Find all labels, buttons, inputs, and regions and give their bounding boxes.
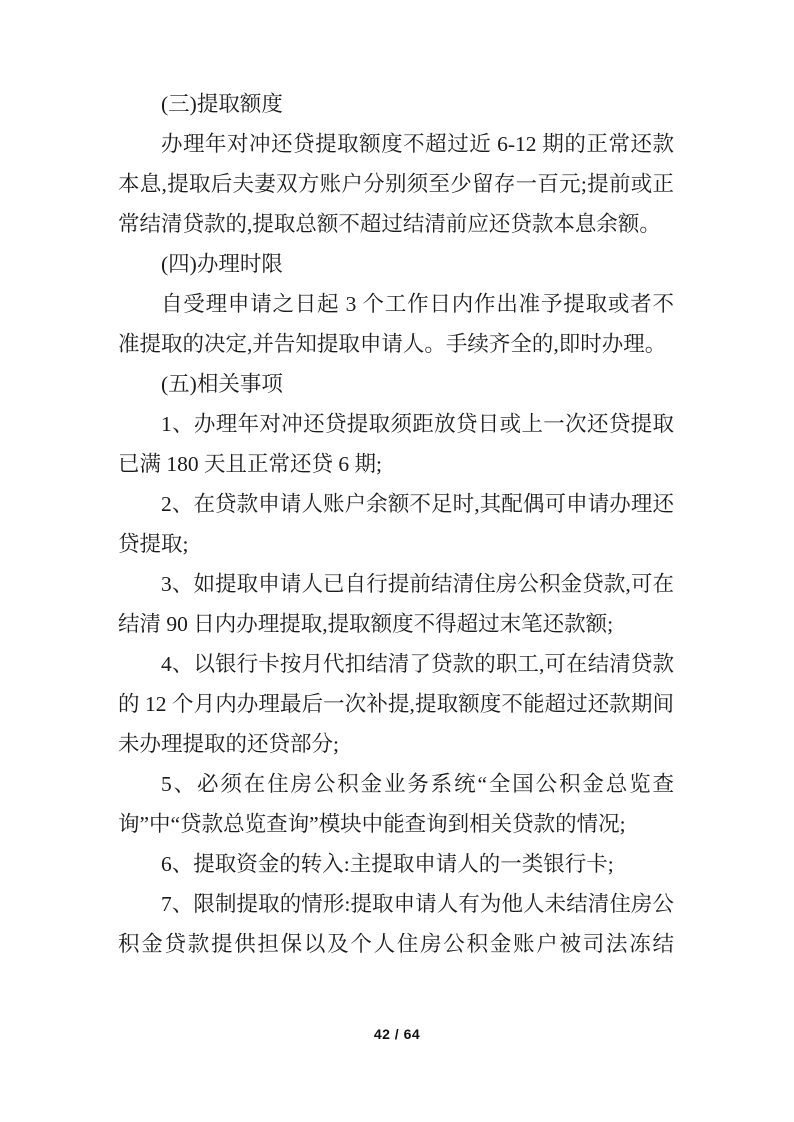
page-footer: 42 / 64 xyxy=(0,1026,794,1044)
document-page: (三)提取额度 办理年对冲还贷提取额度不超过近 6-12 期的正常还款本息,提取… xyxy=(0,0,794,1122)
document-body: (三)提取额度 办理年对冲还贷提取额度不超过近 6-12 期的正常还款本息,提取… xyxy=(118,84,674,964)
list-item-2: 2、在贷款申请人账户余额不足时,其配偶可申请办理还贷提取; xyxy=(118,484,674,564)
section-heading-4: (四)办理时限 xyxy=(118,244,674,284)
paragraph-quota: 办理年对冲还贷提取额度不超过近 6-12 期的正常还款本息,提取后夫妻双方账户分… xyxy=(118,124,674,244)
list-item-7: 7、限制提取的情形:提取申请人有为他人未结清住房公积金贷款提供担保以及个人住房公… xyxy=(118,884,674,964)
paragraph-time-limit: 自受理申请之日起 3 个工作日内作出准予提取或者不准提取的决定,并告知提取申请人… xyxy=(118,284,674,364)
list-item-6: 6、提取资金的转入:主提取申请人的一类银行卡; xyxy=(118,844,674,884)
section-heading-3: (三)提取额度 xyxy=(118,84,674,124)
list-item-4: 4、以银行卡按月代扣结清了贷款的职工,可在结清贷款的 12 个月内办理最后一次补… xyxy=(118,644,674,764)
list-item-3: 3、如提取申请人已自行提前结清住房公积金贷款,可在结清 90 日内办理提取,提取… xyxy=(118,564,674,644)
section-heading-5: (五)相关事项 xyxy=(118,364,674,404)
page-number: 42 / 64 xyxy=(374,1026,420,1042)
list-item-1: 1、办理年对冲还贷提取须距放贷日或上一次还贷提取已满 180 天且正常还贷 6 … xyxy=(118,404,674,484)
list-item-5: 5、必须在住房公积金业务系统“全国公积金总览查询”中“贷款总览查询”模块中能查询… xyxy=(118,764,674,844)
